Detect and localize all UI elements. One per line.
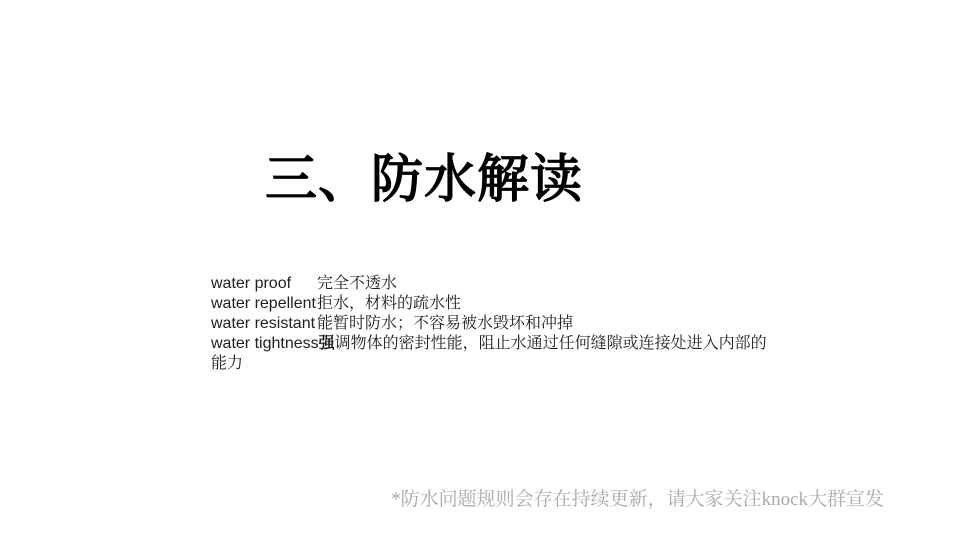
presentation-slide: 三、防水解读 water proof 完全不透水 water repellent… — [0, 0, 960, 540]
glossary-row-water-resistant: water resistant 能暂时防水；不容易被水毁坏和冲掉 — [211, 314, 791, 334]
definition-water-repellent: 拒水，材料的疏水性 — [317, 294, 461, 314]
term-water-repellent: water repellent — [211, 294, 317, 314]
footnote: *防水问题规则会存在持续更新，请大家关注knock大群宣发 — [391, 489, 884, 511]
glossary-row-water-tightness: water tightness 强调物体的密封性能，阻止水通过任何缝隙或连接处进… — [211, 334, 791, 354]
definition-water-tightness: 强调物体的密封性能，阻止水通过任何缝隙或连接处进入内部的 — [319, 334, 767, 354]
definition-water-tightness-text: 调物体的密封性能，阻止水通过任何缝隙或连接处进入内部的 — [335, 335, 767, 352]
term-water-proof: water proof — [211, 274, 317, 294]
slide-title: 三、防水解读 — [265, 151, 583, 211]
glossary-row-water-proof: water proof 完全不透水 — [211, 274, 791, 294]
definition-water-proof: 完全不透水 — [317, 274, 397, 294]
term-water-tightness: water tightness — [211, 334, 319, 354]
glossary-row-water-repellent: water repellent 拒水，材料的疏水性 — [211, 294, 791, 314]
definition-emphasis-char: 强 — [319, 335, 335, 352]
definition-continuation: 能力 — [211, 354, 791, 374]
definition-water-resistant: 能暂时防水；不容易被水毁坏和冲掉 — [317, 314, 573, 334]
glossary-block: water proof 完全不透水 water repellent 拒水，材料的… — [211, 274, 791, 374]
term-water-resistant: water resistant — [211, 314, 317, 334]
